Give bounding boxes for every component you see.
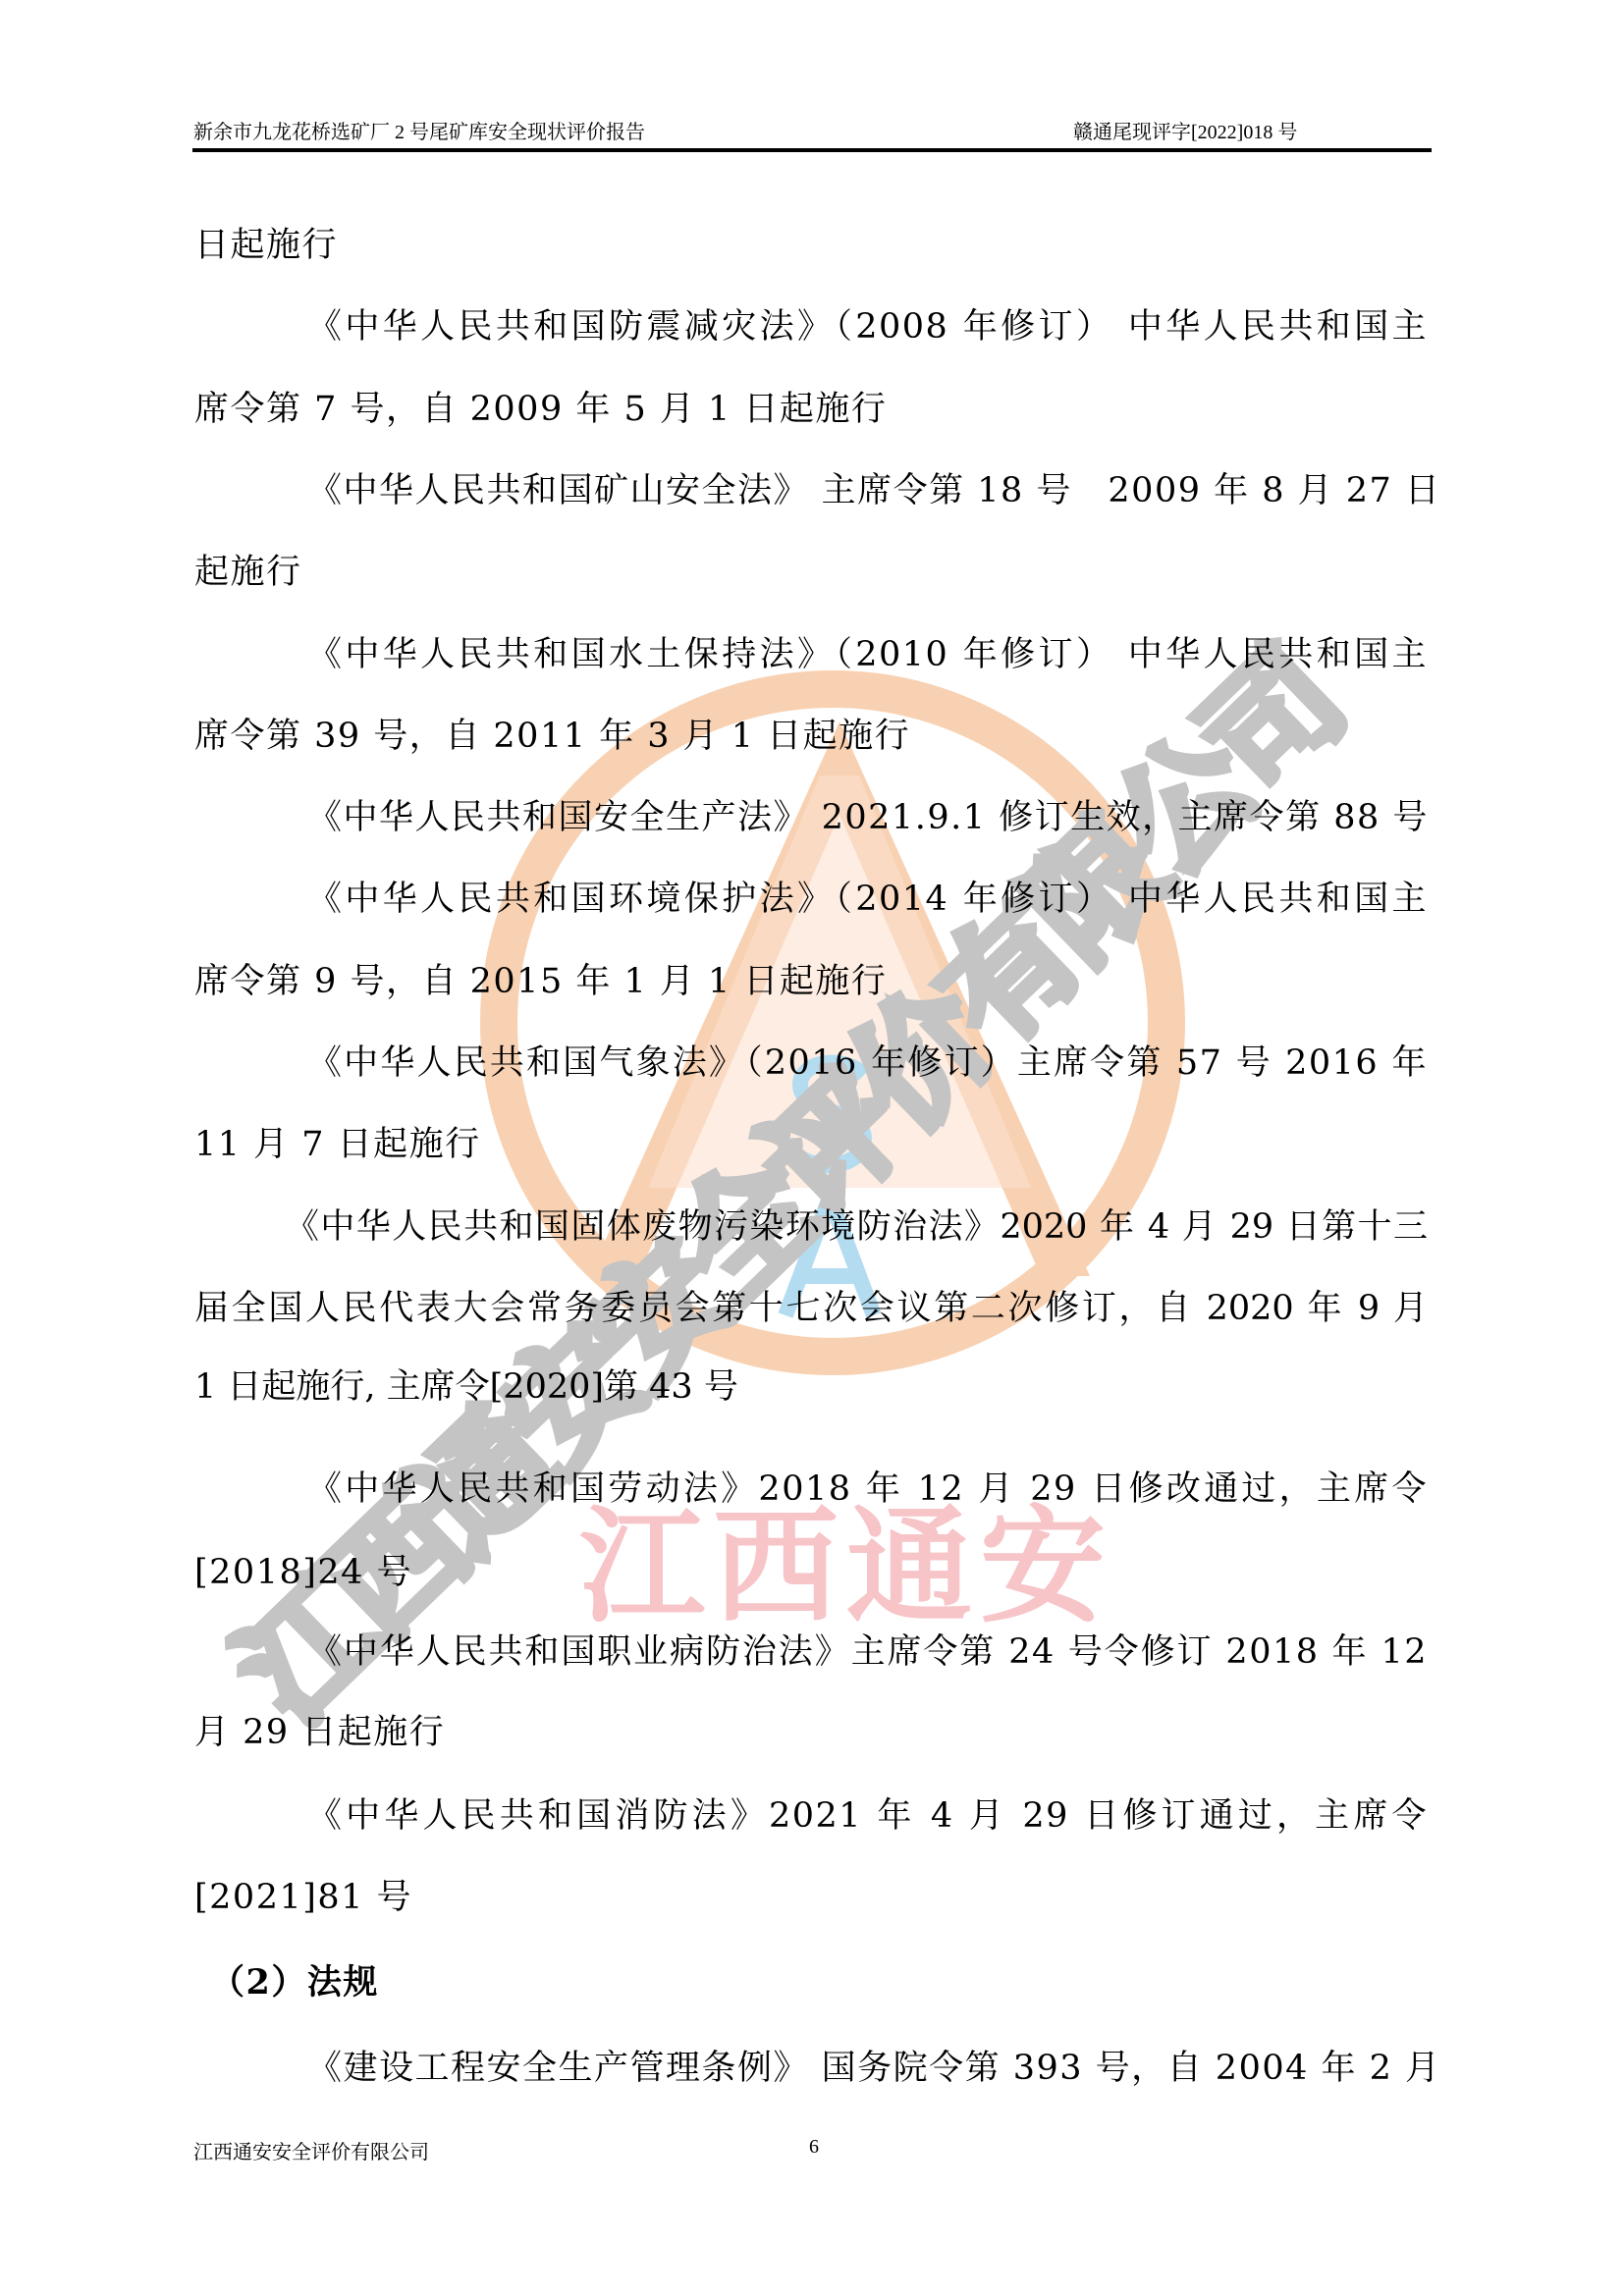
law-entry-line: 席令第 7 号，自 2009 年 5 月 1 日起施行: [194, 390, 887, 429]
law-entry-line: 席令第 9 号，自 2015 年 1 月 1 日起施行: [194, 962, 887, 1001]
law-entry-line: 月 29 日起施行: [194, 1713, 445, 1752]
law-entry-line: 《中华人民共和国职业病防治法》主席令第 24 号令修订 2018 年 12: [307, 1632, 1428, 1672]
document-number: 赣通尾现评字[2022]018 号: [1073, 116, 1297, 144]
law-entry-line: [2018]24 号: [194, 1553, 412, 1592]
body-line: 日起施行: [194, 226, 338, 265]
law-entry-line: 1 日起施行, 主席令[2020]第 43 号: [194, 1367, 738, 1407]
law-entry-line: 《中华人民共和国矿山安全法》 主席令第 18 号 2009 年 8 月 27 日: [307, 471, 1428, 510]
law-entry-line: 《中华人民共和国劳动法》2018 年 12 月 29 日修改通过，主席令: [307, 1469, 1428, 1509]
law-entry-line: 届全国人民代表大会常务委员会第十七次会议第二次修订，自 2020 年 9 月: [194, 1289, 1428, 1328]
law-entry-line: 《中华人民共和国环境保护法》（2014 年修订） 中华人民共和国主: [307, 880, 1428, 919]
logo-letters: [785, 1063, 874, 1315]
section-heading: （2）法规: [210, 1963, 379, 2002]
law-entry-line: 《中华人民共和国安全生产法》 2021.9.1 修订生效，主席令第 88 号: [307, 798, 1428, 837]
law-entry-line: 《中华人民共和国防震减灾法》（2008 年修订） 中华人民共和国主: [307, 307, 1428, 347]
law-entry-line: 《中华人民共和国固体废物污染环境防治法》2020 年 4 月 29 日第十三: [285, 1207, 1428, 1247]
law-entry-line: 席令第 39 号，自 2011 年 3 月 1 日起施行: [194, 717, 910, 756]
page-number: 6: [809, 2136, 819, 2159]
law-entry-line: 《中华人民共和国水土保持法》（2010 年修订） 中华人民共和国主: [307, 635, 1428, 674]
law-entry-line: 《中华人民共和国气象法》（2016 年修订）主席令第 57 号 2016 年: [307, 1043, 1428, 1083]
footer-company: 江西通安安全评价有限公司: [193, 2136, 429, 2164]
document-page: 江西通安 江西通安安全评价有限公司 新余市九龙花桥选矿厂 2 号尾矿库安全现状评…: [0, 0, 1624, 2296]
law-entry-line: 起施行: [194, 553, 302, 592]
law-entry-line: [2021]81 号: [194, 1878, 412, 1917]
regulation-entry-line: 《建设工程安全生产管理条例》 国务院令第 393 号，自 2004 年 2 月: [307, 2049, 1428, 2088]
header-rule: [192, 148, 1432, 152]
report-title: 新余市九龙花桥选矿厂 2 号尾矿库安全现状评价报告: [193, 116, 645, 144]
law-entry-line: 11 月 7 日起施行: [194, 1125, 481, 1164]
law-entry-line: 《中华人民共和国消防法》2021 年 4 月 29 日修订通过，主席令: [307, 1796, 1428, 1836]
logo-ring-icon: [499, 689, 1166, 1357]
watermark-logo-text: 江西通安: [579, 1494, 1113, 1640]
